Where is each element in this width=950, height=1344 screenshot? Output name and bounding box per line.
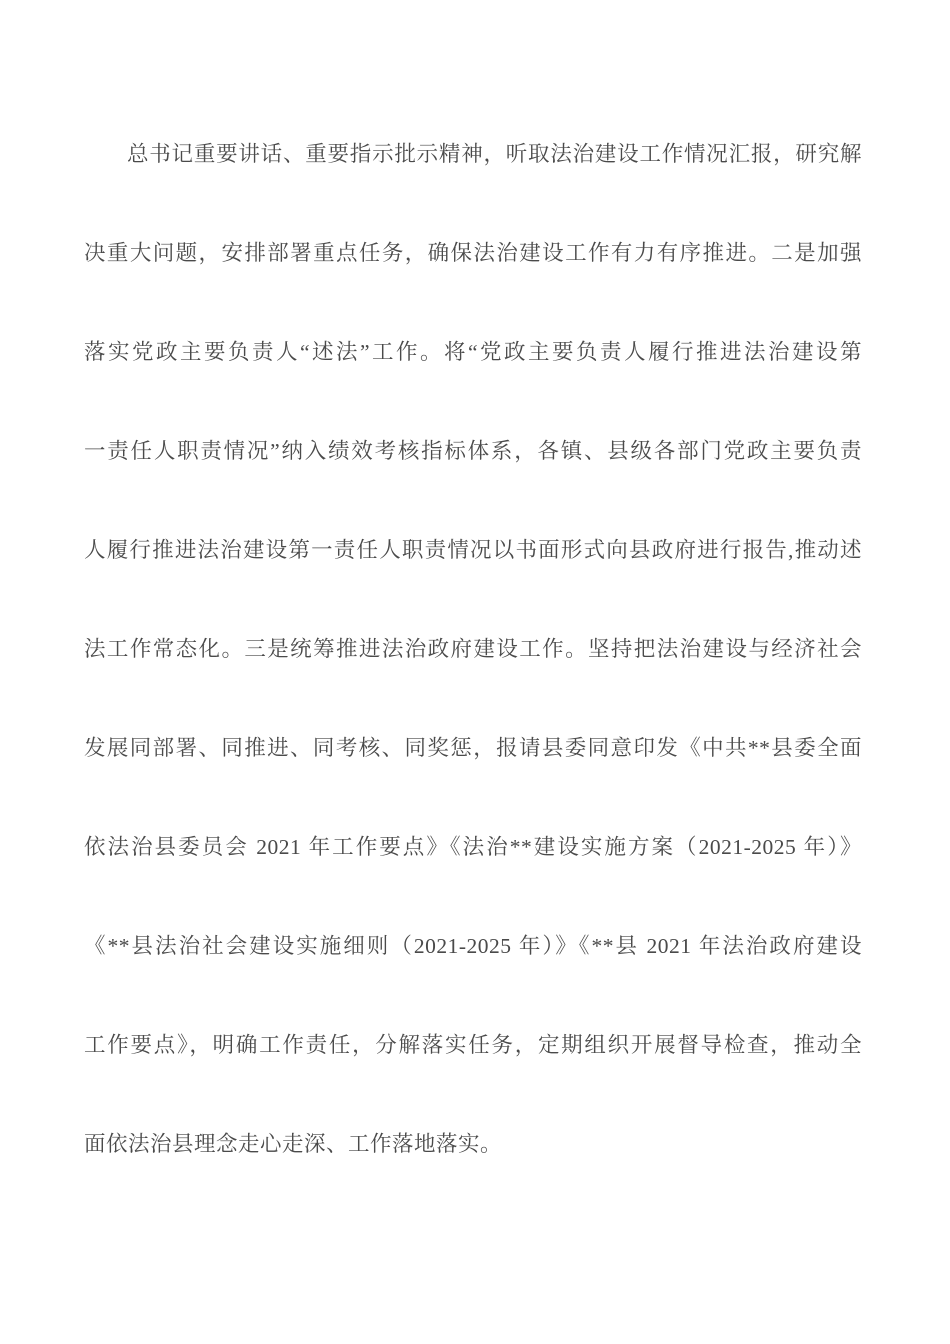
document-line: 面依法治县理念走心走深、工作落地落实。: [84, 1095, 862, 1194]
document-line: 依法治县委员会 2021 年工作要点》《法治**建设实施方案（2021-2025…: [84, 798, 862, 897]
document-line: 决重大问题，安排部署重点任务，确保法治建设工作有力有序推进。二是加强: [84, 204, 862, 303]
document-line: 人履行推进法治建设第一责任人职责情况以书面形式向县政府进行报告,推动述: [84, 501, 862, 600]
document-line: 法工作常态化。三是统筹推进法治政府建设工作。坚持把法治建设与经济社会: [84, 600, 862, 699]
document-text-block: 总书记重要讲话、重要指示批示精神，听取法治建设工作情况汇报，研究解 决重大问题，…: [84, 105, 862, 1194]
document-line: 总书记重要讲话、重要指示批示精神，听取法治建设工作情况汇报，研究解: [84, 105, 862, 204]
document-line: 一责任人职责情况”纳入绩效考核指标体系，各镇、县级各部门党政主要负责: [84, 402, 862, 501]
document-line: 发展同部署、同推进、同考核、同奖惩，报请县委同意印发《中共**县委全面: [84, 699, 862, 798]
document-page: 总书记重要讲话、重要指示批示精神，听取法治建设工作情况汇报，研究解 决重大问题，…: [0, 0, 950, 1344]
document-line: 落实党政主要负责人“述法”工作。将“党政主要负责人履行推进法治建设第: [84, 303, 862, 402]
document-line: 工作要点》，明确工作责任，分解落实任务，定期组织开展督导检查，推动全: [84, 996, 862, 1095]
document-line: 《**县法治社会建设实施细则（2021-2025 年）》《**县 2021 年法…: [84, 897, 862, 996]
